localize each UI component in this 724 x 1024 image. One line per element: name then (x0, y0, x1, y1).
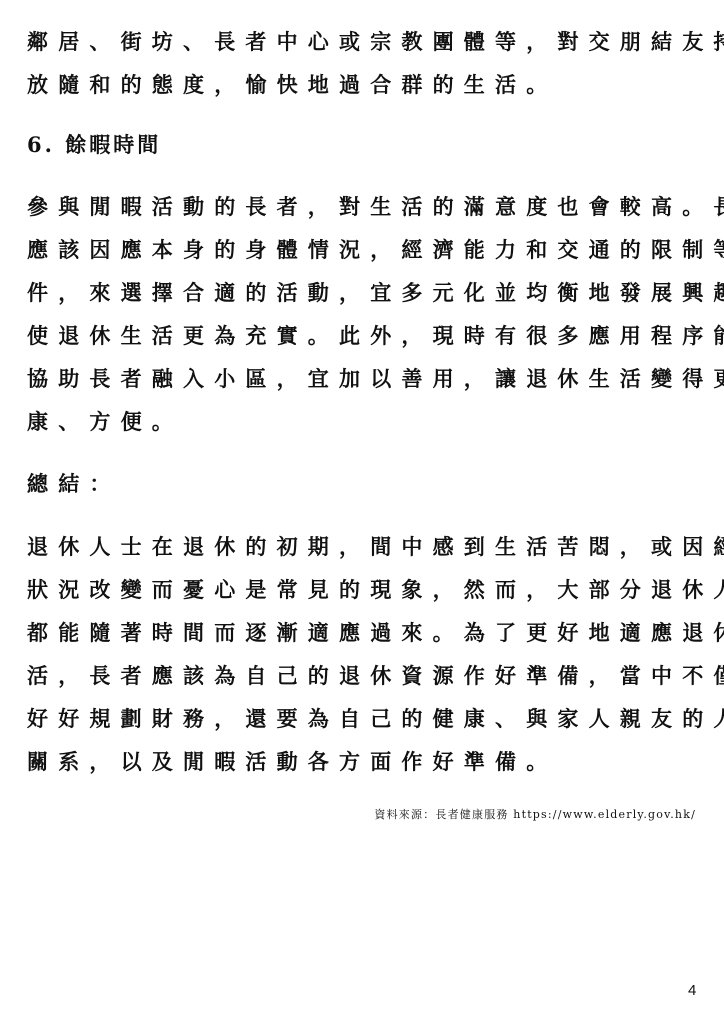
paragraph-line: 應該因應本身的身體情況，經濟能力和交通的限制等條 (27, 238, 724, 262)
paragraph-line: 退休人士在退休的初期，間中感到生活苦悶，或因經濟 (27, 535, 724, 559)
source-citation: 資料來源：長者健康服務 https://www.elderly.gov.hk/ (374, 806, 696, 822)
paragraph-line: 關系，以及閒暇活動各方面作好準備。 (27, 750, 557, 774)
paragraph-line: 使退休生活更為充實。此外，現時有很多應用程序能夠 (27, 324, 724, 348)
paragraph-line: 鄰居、街坊、長者中心或宗教團體等，對交朋結友持開 (27, 30, 724, 54)
paragraph-line: 康、方便。 (27, 410, 183, 434)
paragraph-line: 協助長者融入小區，宜加以善用，讓退休生活變得更健 (27, 367, 724, 391)
section-heading: 6. 餘暇時間 (27, 133, 161, 157)
paragraph-line: 放隨和的態度，愉快地過合群的生活。 (27, 73, 557, 97)
paragraph-line: 參與閒暇活動的長者，對生活的滿意度也會較高。長者 (27, 195, 724, 219)
paragraph-line: 都能隨著時間而逐漸適應過來。為了更好地適應退休生 (27, 621, 724, 645)
paragraph-line: 件，來選擇合適的活動，宜多元化並均衡地發展興趣， (27, 281, 724, 305)
paragraph-line: 好好規劃財務，還要為自己的健康、與家人親友的人際 (27, 707, 724, 731)
paragraph-line: 狀況改變而憂心是常見的現象，然而，大部分退休人士 (27, 578, 724, 602)
page-number: 4 (688, 982, 696, 999)
document-page: 鄰居、街坊、長者中心或宗教團體等，對交朋結友持開 放隨和的態度，愉快地過合群的生… (0, 0, 724, 1024)
summary-heading: 總結： (27, 472, 121, 496)
paragraph-line: 活，長者應該為自己的退休資源作好準備，當中不僅要 (27, 664, 724, 688)
